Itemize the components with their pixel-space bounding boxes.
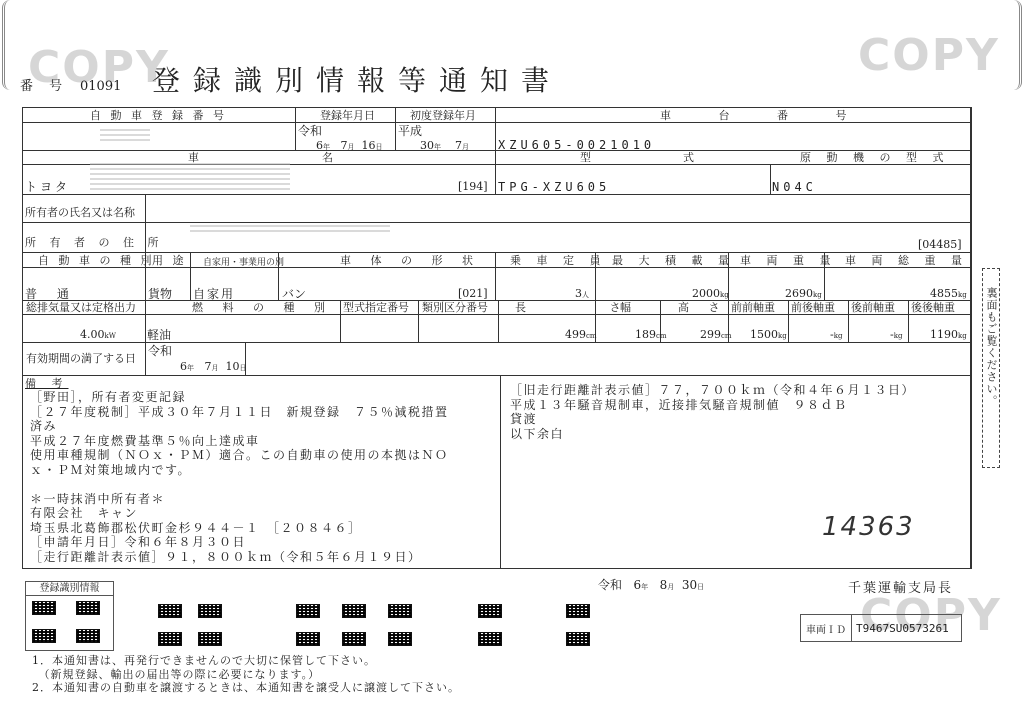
length-label: 長 さ (515, 301, 661, 315)
reg-date-label: 登録年月日 (320, 109, 375, 123)
private-label: 自家用・事業用の別 (203, 256, 284, 270)
corner-ornament (1001, 0, 1022, 90)
fuel-value: 軽油 (147, 328, 171, 342)
body-label: 車 体 の 形 状 (340, 254, 481, 268)
qr-code (32, 629, 56, 643)
private-value: 自家用 (193, 287, 235, 301)
fr-axle-value: -kg (830, 328, 842, 343)
max-load-label: 最 大 積 載 量 (612, 254, 735, 268)
kind-label: 自 動 車 の 種 別 (38, 254, 154, 268)
qr-code (478, 604, 502, 618)
remarks-label: 備 考 (25, 377, 69, 391)
side-note: 裏面もご覧ください。 (983, 287, 999, 467)
body-code: [021] (458, 287, 488, 301)
handwritten-number: 14363 (822, 520, 915, 534)
displacement-value: 4.00kW (80, 328, 116, 343)
redacted-owner (190, 222, 390, 232)
qr-code (566, 604, 590, 618)
first-reg-era: 平成 (398, 124, 422, 138)
qr-code (296, 632, 320, 646)
fr-axle-label: 前後軸重 (791, 301, 835, 315)
capacity-value: 3人 (575, 287, 589, 302)
fuel-label: 燃 料 の 種 別 (192, 301, 333, 315)
owner-address-label: 所 有 者 の 住 所 (25, 236, 163, 250)
weight-label: 車 両 重 量 (740, 254, 837, 268)
ff-axle-value: 1500kg (750, 328, 787, 343)
model-label-2: 式 (683, 151, 697, 165)
qr-code (158, 632, 182, 646)
qr-code (388, 604, 412, 618)
car-name-code: [194] (458, 180, 488, 194)
kind-value: 普 通 (25, 287, 77, 301)
qr-code (342, 604, 366, 618)
vehicle-id-label: 車両ＩＤ (801, 615, 852, 641)
remarks-right: ［旧走行距離計表示値］７７，７００ｋｍ（令和４年６月１３日） 平成１３年騒音規制… (510, 383, 970, 441)
weight-value: 2690kg (785, 287, 822, 302)
engine-label: 原 動 機 の 型 式 (800, 151, 949, 165)
car-name-value: トヨタ (25, 180, 70, 194)
qr-info-label: 登録識別情報 (26, 582, 113, 596)
copy-watermark: COPY (858, 30, 1000, 81)
vehicle-id-value: T9467SU0573261 (852, 615, 961, 641)
chassis-value: XZU605-0021010 (498, 138, 655, 152)
qr-code (198, 604, 222, 618)
redacted-car-name (90, 160, 290, 190)
max-load-value: 2000kg (692, 287, 729, 302)
category-label: 類別区分番号 (422, 301, 488, 315)
body-value: バン (282, 287, 306, 301)
redacted-plate (100, 127, 150, 141)
page-title: 登録識別情報等通知書 (152, 74, 562, 88)
gross-label: 車 両 総 重 量 (845, 254, 968, 268)
model-value: TPG-XZU605 (498, 180, 610, 194)
width-value: 189cm (635, 328, 667, 343)
use-value: 貨物 (148, 287, 172, 301)
model-label-1: 型 (580, 151, 594, 165)
ff-axle-label: 前前軸重 (731, 301, 775, 315)
qr-code (158, 604, 182, 618)
number-label: 番 号 (20, 80, 68, 94)
footer-notes: 1．本通知書は、再発行できませんので大切に保管して下さい。 （新規登録、輸出の届… (32, 654, 460, 695)
reg-date-era: 令和 (298, 124, 322, 138)
expiry-label: 有効期間の満了する日 (26, 352, 136, 366)
qr-code (198, 632, 222, 646)
car-name-label-2: 名 (322, 151, 336, 165)
qr-code (478, 632, 502, 646)
issue-date: 令和 6年 8月 30日 (598, 578, 704, 594)
owner-name-label: 所有者の氏名又は名称 (25, 206, 135, 220)
expiry-era: 令和 (148, 344, 172, 358)
rr-axle-value: 1190kg (930, 328, 967, 343)
capacity-label: 乗 車 定 員 (510, 254, 607, 268)
qr-code (566, 632, 590, 646)
length-value: 499cm (565, 328, 597, 343)
qr-code (76, 601, 100, 615)
chassis-label: 車 台 番 号 (660, 109, 869, 123)
width-label: 幅 (620, 301, 634, 315)
rf-axle-value: -kg (890, 328, 902, 343)
vehicle-id-box: 車両ＩＤ T9467SU0573261 (800, 614, 962, 642)
qr-code (388, 632, 412, 646)
first-reg-label: 初度登録年月 (410, 109, 476, 123)
remarks-left: ［野田］，所有者変更記録 ［２７年度税制］平成３０年７月１１日 新規登録 ７５％… (30, 390, 500, 564)
gross-value: 4855kg (930, 287, 967, 302)
qr-code (32, 601, 56, 615)
owner-address-code: [04485] (918, 238, 962, 252)
qr-code (296, 604, 320, 618)
type-approval-label: 型式指定番号 (343, 301, 409, 315)
corner-ornament (2, 0, 23, 90)
rr-axle-label: 後後軸重 (911, 301, 955, 315)
qr-code (76, 629, 100, 643)
qr-code (342, 632, 366, 646)
issuing-authority: 千葉運輸支局長 (848, 582, 953, 596)
side-note-box: 裏面もご覧ください。 (982, 268, 1000, 468)
height-value: 299cm (700, 328, 732, 343)
use-label: 用 途 (152, 254, 187, 268)
first-reg-date: 30年 7月 (420, 139, 469, 154)
expiry-date: 6年 7月 10日 (180, 360, 247, 375)
number-value: 01091 (80, 80, 121, 94)
rf-axle-label: 後前軸重 (851, 301, 895, 315)
plate-label: 自 動 車 登 録 番 号 (90, 109, 227, 123)
displacement-label: 総排気量又は定格出力 (26, 301, 136, 315)
height-label: 高 さ (678, 301, 728, 315)
engine-value: N04C (772, 180, 817, 194)
